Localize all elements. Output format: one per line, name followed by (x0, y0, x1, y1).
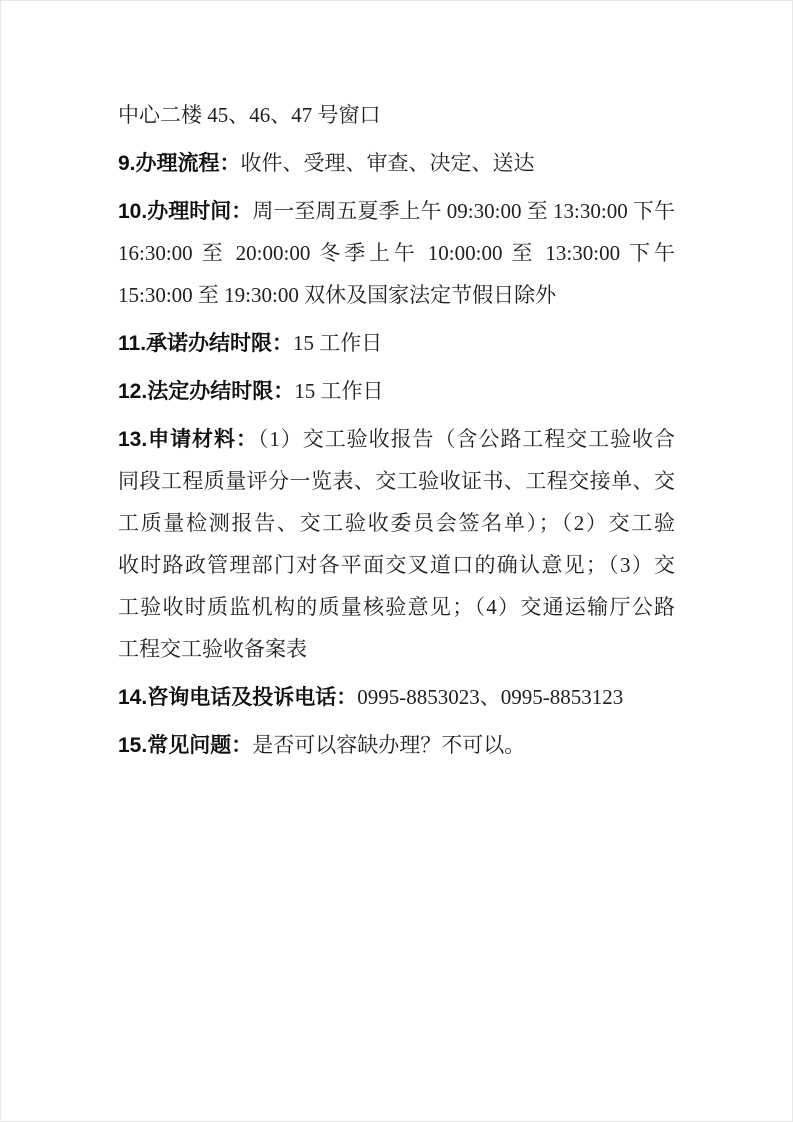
line-text: 15 工作日 (294, 379, 383, 403)
doc-line-item10-hours-3: 15:30:00 至 19:30:00 双休及国家法定节假日除外 (118, 274, 675, 316)
line-label: 11.承诺办结时限： (118, 332, 293, 355)
doc-line-item10-hours-1: 10.办理时间：周一至周五夏季上午 09:30:00 至 13:30:00 下午 (118, 190, 675, 232)
line-text: 0995-8853023、0995-8853123 (357, 685, 623, 709)
line-text: 是否可以容缺办理？不可以。 (252, 733, 525, 757)
document-content: 中心二楼 45、46、47 号窗口 9.办理流程：收件、受理、审查、决定、送达 … (118, 94, 675, 766)
doc-line-item13-materials-1: 13.申请材料：（1）交工验收报告（含公路工程交工验收合 (118, 418, 675, 460)
doc-line-item9-process: 9.办理流程：收件、受理、审查、决定、送达 (118, 142, 675, 184)
line-label: 14.咨询电话及投诉电话： (118, 686, 357, 709)
line-label: 9.办理流程： (118, 152, 241, 175)
line-text: 收件、受理、审查、决定、送达 (241, 151, 535, 175)
doc-line-item13-materials-5: 工验收时质监机构的质量核验意见；（4）交通运输厅公路 (118, 586, 675, 628)
line-text: 15 工作日 (293, 331, 382, 355)
line-text: 收时路政管理部门对各平面交叉道口的确认意见；（3）交 (118, 553, 675, 577)
line-label: 10.办理时间： (118, 200, 252, 223)
line-label: 13.申请材料： (118, 428, 258, 451)
doc-line-item13-materials-4: 收时路政管理部门对各平面交叉道口的确认意见；（3）交 (118, 544, 675, 586)
doc-line-item10-hours-2: 16:30:00 至 20:00:00 冬季上午 10:00:00 至 13:3… (118, 232, 675, 274)
line-text: 工质量检测报告、交工验收委员会签名单）；（2）交工验 (118, 511, 675, 535)
line-text: （1）交工验收报告（含公路工程交工验收合 (258, 427, 675, 451)
line-text: 中心二楼 45、46、47 号窗口 (118, 103, 381, 127)
document-page: 中心二楼 45、46、47 号窗口 9.办理流程：收件、受理、审查、决定、送达 … (0, 0, 793, 1122)
line-label: 15.常见问题： (118, 734, 252, 757)
doc-line-item11-promised-deadline: 11.承诺办结时限：15 工作日 (118, 322, 675, 364)
line-text: 同段工程质量评分一览表、交工验收证书、工程交接单、交 (118, 469, 675, 493)
doc-line-continuation: 中心二楼 45、46、47 号窗口 (118, 94, 675, 136)
doc-line-item14-phone-numbers: 14.咨询电话及投诉电话：0995-8853023、0995-8853123 (118, 676, 675, 718)
doc-line-item15-faq: 15.常见问题：是否可以容缺办理？不可以。 (118, 724, 675, 766)
doc-line-item12-legal-deadline: 12.法定办结时限：15 工作日 (118, 370, 675, 412)
doc-line-item13-materials-3: 工质量检测报告、交工验收委员会签名单）；（2）交工验 (118, 502, 675, 544)
doc-line-item13-materials-6: 工程交工验收备案表 (118, 628, 675, 670)
line-label: 12.法定办结时限： (118, 380, 294, 403)
line-text: 15:30:00 至 19:30:00 双休及国家法定节假日除外 (118, 283, 556, 307)
doc-line-item13-materials-2: 同段工程质量评分一览表、交工验收证书、工程交接单、交 (118, 460, 675, 502)
line-text: 周一至周五夏季上午 09:30:00 至 13:30:00 下午 (252, 199, 675, 223)
line-text: 16:30:00 至 20:00:00 冬季上午 10:00:00 至 13:3… (118, 241, 675, 265)
line-text: 工验收时质监机构的质量核验意见；（4）交通运输厅公路 (118, 595, 675, 619)
line-text: 工程交工验收备案表 (118, 637, 307, 661)
